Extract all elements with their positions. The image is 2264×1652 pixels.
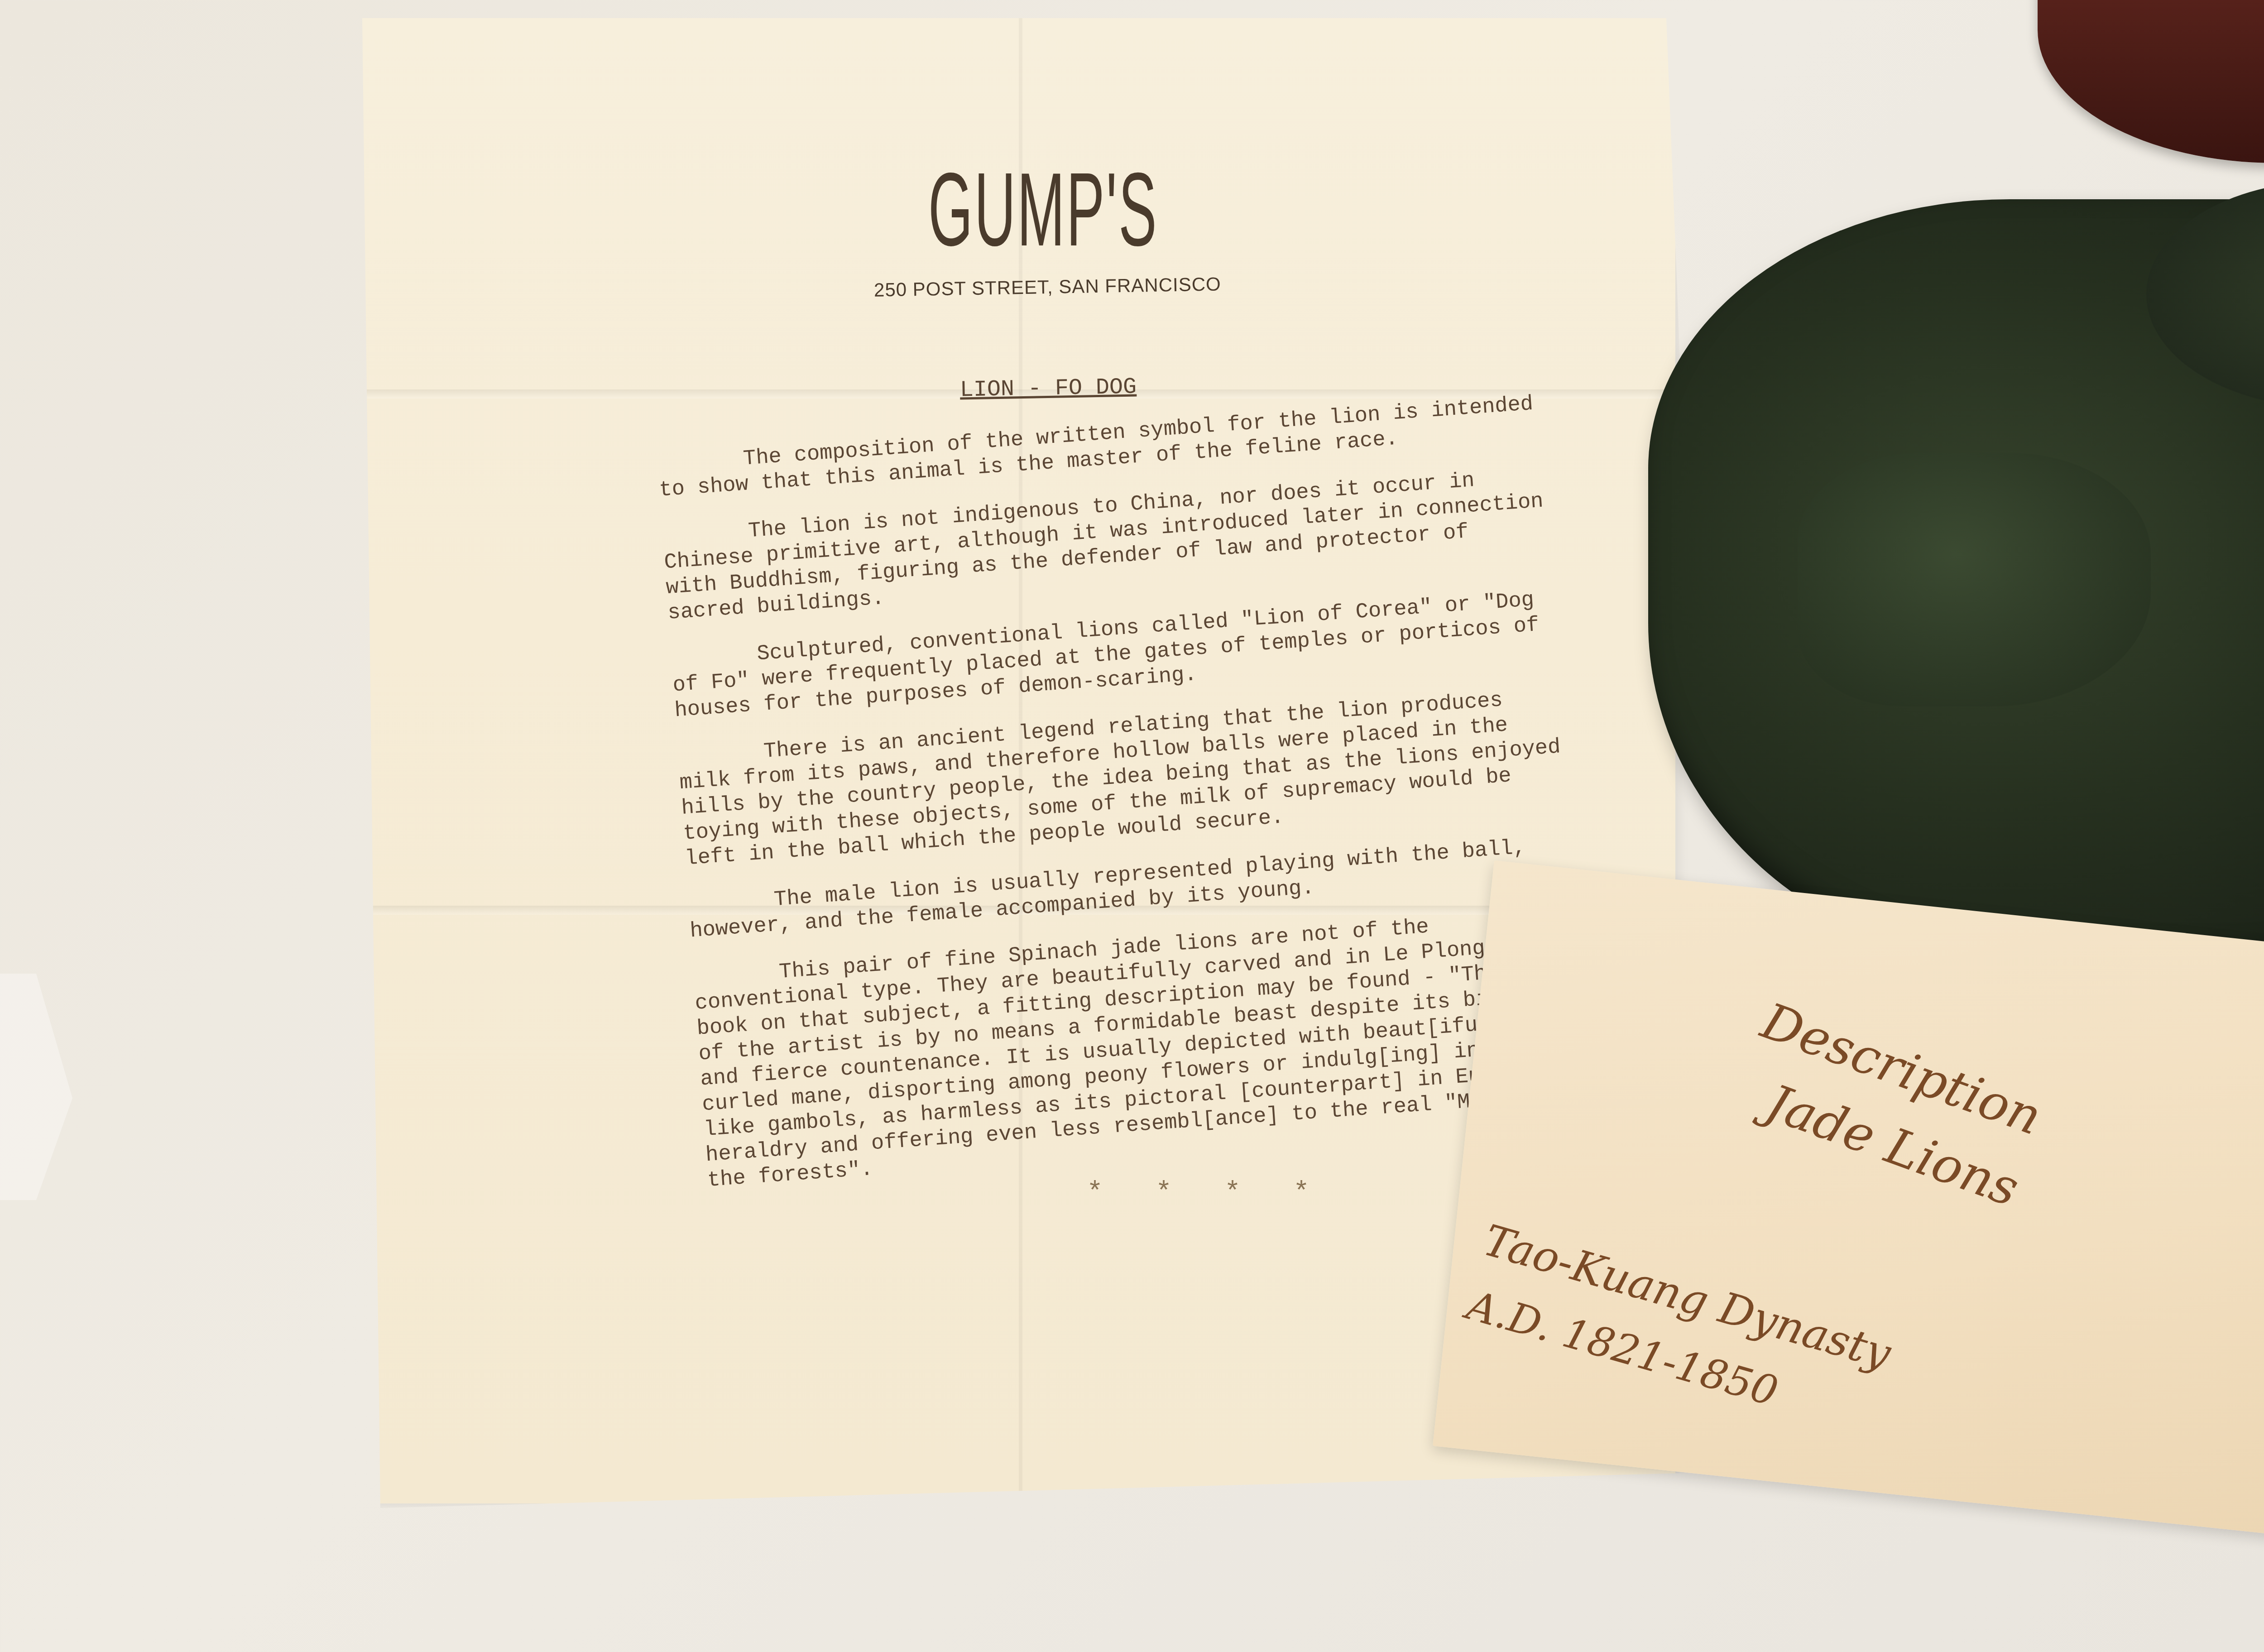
letter-body: The composition of the written symbol fo… — [657, 391, 1591, 1215]
lion-mane — [2146, 181, 2264, 408]
paragraph: This pair of fine Spinach jade lions are… — [692, 904, 1589, 1194]
tissue-paper — [0, 974, 72, 1200]
carved-wood-stand — [2038, 0, 2264, 163]
handwritten-envelope: Description Jade Lions Tao-Kuang Dynasty… — [1433, 860, 2264, 1536]
jade-lion-sculpture — [1648, 199, 2264, 969]
letter-title: LION - FO DOG — [960, 375, 1137, 403]
letterhead-logo: GUMP'S — [928, 149, 1158, 269]
letterhead-address: 250 POST STREET, SAN FRANCISCO — [874, 273, 1221, 301]
lion-paw — [1798, 453, 2151, 706]
closing-asterisks: * * * * — [1087, 1177, 1328, 1208]
